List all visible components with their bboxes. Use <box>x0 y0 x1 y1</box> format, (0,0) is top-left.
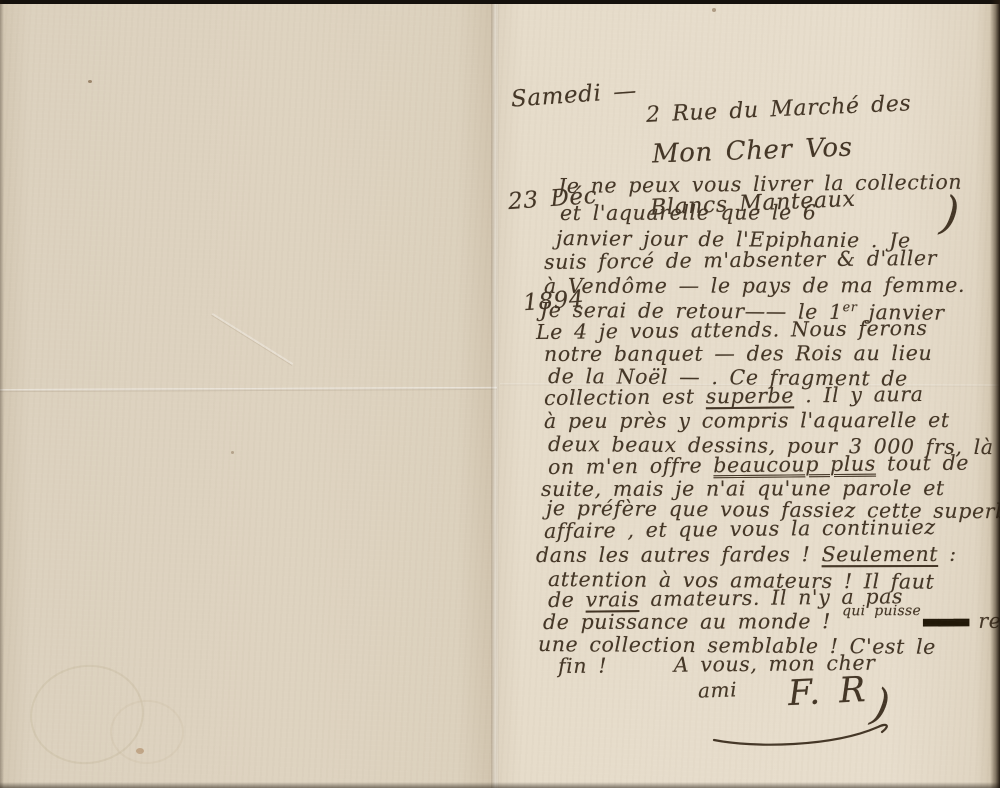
body-line: on m'en offre beaucoup plus tout de <box>548 451 969 479</box>
body-text: Le 4 je vous attends. Nous ferons <box>536 316 928 344</box>
body-text: à peu près y compris l'aquarelle et <box>544 408 950 433</box>
signature-underline-flourish <box>710 716 900 750</box>
body-text: de puissance au monde ! <box>543 609 842 634</box>
body-line: suis forcé de m'absenter & d'aller <box>544 246 937 274</box>
body-line: et l'aquarelle que le 6 <box>560 200 817 225</box>
body-text: notre banquet — des Rois au lieu <box>544 341 932 366</box>
body-text: tout de <box>876 451 969 476</box>
underlined-word: Seulement <box>822 542 939 566</box>
body-text: à Vendôme — le pays de ma femme. <box>544 273 965 298</box>
body-line: dans les autres fardes ! Seulement : <box>536 542 957 567</box>
body-text: de <box>548 588 586 612</box>
body-line: de puissance au monde ! qui puisse▬▬▬ re… <box>543 609 1000 634</box>
body-text: collection est <box>544 384 706 410</box>
body-text: . Il y aura <box>794 382 924 407</box>
inserted-words-above-line: qui puisse <box>842 603 921 619</box>
scan-edge-bottom <box>0 782 1000 788</box>
body-line: affaire , et que vous la continuiez <box>544 515 936 543</box>
body-text: : <box>938 542 957 566</box>
closing-ami: ami <box>698 677 738 702</box>
crossed-out-word: ▬▬▬ <box>921 609 967 633</box>
superscript-er: er <box>843 299 858 314</box>
body-line: à peu près y compris l'aquarelle et <box>544 408 950 433</box>
scan-edge-left <box>0 0 4 788</box>
body-line: notre banquet — des Rois au lieu <box>544 341 932 366</box>
scan-edge-top <box>0 0 1000 4</box>
body-text: dans les autres fardes ! <box>536 542 822 567</box>
body-line: Le 4 je vous attends. Nous ferons <box>536 316 928 344</box>
body-line: à Vendôme — le pays de ma femme. <box>544 273 965 298</box>
signature-initials: F. R <box>787 670 868 714</box>
body-text: et l'aquarelle que le 6 <box>560 200 817 225</box>
scan-edge-right <box>990 0 1000 788</box>
double-underlined-words: beaucoup plus <box>713 452 876 478</box>
underlined-word: vrais <box>585 587 639 612</box>
underlined-word: superbe <box>706 383 794 408</box>
body-line: Je ne peux vous livrer la collection <box>558 170 962 198</box>
body-text: Je ne peux vous livrer la collection <box>558 170 962 198</box>
body-text: on m'en offre <box>548 453 714 479</box>
body-text: suis forcé de m'absenter & d'aller <box>544 246 937 274</box>
body-line: collection est superbe . Il y aura <box>544 382 924 410</box>
letter-scan: Samedi — 23 Déc 1894 2 Rue du Marché des… <box>0 0 1000 788</box>
body-text: affaire , et que vous la continuiez <box>544 515 936 543</box>
